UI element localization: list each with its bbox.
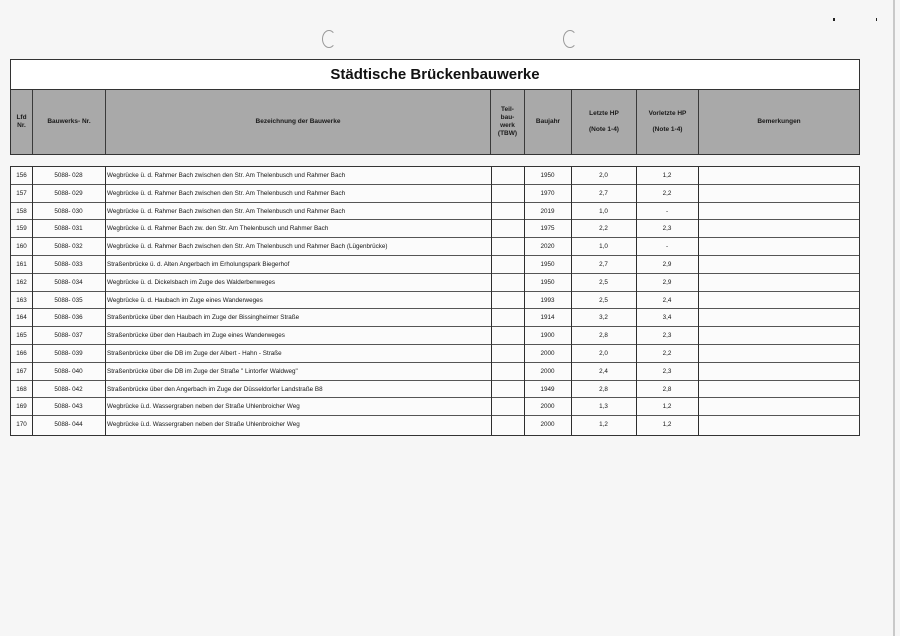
cell-baujahr: 2019 bbox=[524, 203, 571, 220]
cell-lfd-nr: 157 bbox=[11, 185, 32, 202]
column-divider bbox=[698, 167, 699, 435]
cell-bemerkungen bbox=[698, 220, 858, 237]
cell-lfd-nr: 162 bbox=[11, 274, 32, 291]
cell-baujahr: 2000 bbox=[524, 363, 571, 380]
cell-baujahr: 1900 bbox=[524, 327, 571, 344]
cell-letzte-hp: 1,0 bbox=[571, 203, 636, 220]
cell-bezeichnung: Straßenbrücke über die DB im Zuge der St… bbox=[105, 363, 491, 380]
punch-hole-mark-left bbox=[322, 30, 336, 48]
cell-bemerkungen bbox=[698, 203, 858, 220]
cell-bauwerks-nr: 5088- 032 bbox=[32, 238, 105, 255]
table-row: 1585088- 030Wegbrücke ü. d. Rahmer Bach … bbox=[11, 203, 859, 221]
table-row: 1645088- 036Straßenbrücke über den Hauba… bbox=[11, 309, 859, 327]
cell-bauwerks-nr: 5088- 033 bbox=[32, 256, 105, 273]
cell-bezeichnung: Wegbrücke ü. d. Dickelsbach im Zuge des … bbox=[105, 274, 491, 291]
cell-bauwerks-nr: 5088- 037 bbox=[32, 327, 105, 344]
cell-baujahr: 1970 bbox=[524, 185, 571, 202]
cell-bauwerks-nr: 5088- 042 bbox=[32, 381, 105, 398]
column-header-row: Lfd Nr. Bauwerks- Nr. Bezeichnung der Ba… bbox=[11, 90, 859, 154]
cell-bemerkungen bbox=[698, 416, 858, 434]
cell-baujahr: 1950 bbox=[524, 167, 571, 184]
cell-letzte-hp: 1,2 bbox=[571, 416, 636, 434]
cell-bemerkungen bbox=[698, 292, 858, 309]
cell-baujahr: 1914 bbox=[524, 309, 571, 326]
cell-bauwerks-nr: 5088- 034 bbox=[32, 274, 105, 291]
table-row: 1625088- 034Wegbrücke ü. d. Dickelsbach … bbox=[11, 274, 859, 292]
header-teilbauwerk: Teil- bau- werk (TBW) bbox=[491, 90, 525, 154]
scan-speck bbox=[833, 18, 835, 21]
cell-lfd-nr: 156 bbox=[11, 167, 32, 184]
cell-lfd-nr: 161 bbox=[11, 256, 32, 273]
cell-lfd-nr: 170 bbox=[11, 416, 32, 434]
cell-bezeichnung: Wegbrücke ü.d. Wassergraben neben der St… bbox=[105, 416, 491, 434]
cell-bemerkungen bbox=[698, 256, 858, 273]
cell-bemerkungen bbox=[698, 363, 858, 380]
cell-bezeichnung: Straßenbrücke über den Haubach im Zuge e… bbox=[105, 327, 491, 344]
cell-baujahr: 2000 bbox=[524, 416, 571, 434]
table-row: 1665088- 039Straßenbrücke über die DB im… bbox=[11, 345, 859, 363]
cell-vorletzte-hp: 2,3 bbox=[636, 220, 698, 237]
cell-letzte-hp: 2,2 bbox=[571, 220, 636, 237]
cell-bauwerks-nr: 5088- 031 bbox=[32, 220, 105, 237]
cell-bemerkungen bbox=[698, 185, 858, 202]
cell-teilbauwerk bbox=[491, 381, 524, 398]
cell-vorletzte-hp: - bbox=[636, 238, 698, 255]
table-row: 1655088- 037Straßenbrücke über den Hauba… bbox=[11, 327, 859, 345]
cell-vorletzte-hp: 2,4 bbox=[636, 292, 698, 309]
header-vorletzte-hp: Vorletzte HP (Note 1-4) bbox=[637, 90, 699, 154]
document-title: Städtische Brückenbauwerke bbox=[11, 60, 859, 90]
cell-teilbauwerk bbox=[491, 274, 524, 291]
table-row: 1565088- 028Wegbrücke ü. d. Rahmer Bach … bbox=[11, 167, 859, 185]
table-row: 1705088- 044Wegbrücke ü.d. Wassergraben … bbox=[11, 416, 859, 434]
cell-bauwerks-nr: 5088- 030 bbox=[32, 203, 105, 220]
cell-lfd-nr: 159 bbox=[11, 220, 32, 237]
cell-teilbauwerk bbox=[491, 292, 524, 309]
cell-vorletzte-hp: 2,2 bbox=[636, 185, 698, 202]
column-divider bbox=[105, 167, 106, 435]
cell-lfd-nr: 166 bbox=[11, 345, 32, 362]
table-row: 1695088- 043Wegbrücke ü.d. Wassergraben … bbox=[11, 398, 859, 416]
cell-vorletzte-hp: 2,9 bbox=[636, 256, 698, 273]
table-row: 1605088- 032Wegbrücke ü. d. Rahmer Bach … bbox=[11, 238, 859, 256]
cell-letzte-hp: 2,7 bbox=[571, 185, 636, 202]
column-divider bbox=[524, 167, 525, 435]
cell-letzte-hp: 1,0 bbox=[571, 238, 636, 255]
page-edge bbox=[893, 0, 895, 636]
cell-bauwerks-nr: 5088- 028 bbox=[32, 167, 105, 184]
cell-letzte-hp: 2,8 bbox=[571, 327, 636, 344]
cell-bemerkungen bbox=[698, 381, 858, 398]
cell-bauwerks-nr: 5088- 029 bbox=[32, 185, 105, 202]
header-bemerkungen: Bemerkungen bbox=[699, 90, 859, 154]
table-row: 1635088- 035Wegbrücke ü. d. Haubach im Z… bbox=[11, 292, 859, 310]
header-lfd-nr: Lfd Nr. bbox=[11, 90, 33, 154]
cell-bezeichnung: Wegbrücke ü.d. Wassergraben neben der St… bbox=[105, 398, 491, 415]
table-row: 1615088- 033Straßenbrücke ü. d. Alten An… bbox=[11, 256, 859, 274]
cell-vorletzte-hp: 1,2 bbox=[636, 416, 698, 434]
column-divider bbox=[571, 167, 572, 435]
cell-bemerkungen bbox=[698, 398, 858, 415]
cell-letzte-hp: 2,8 bbox=[571, 381, 636, 398]
cell-bezeichnung: Straßenbrücke über den Haubach im Zuge d… bbox=[105, 309, 491, 326]
cell-bauwerks-nr: 5088- 044 bbox=[32, 416, 105, 434]
cell-bemerkungen bbox=[698, 167, 858, 184]
cell-vorletzte-hp: 2,3 bbox=[636, 327, 698, 344]
cell-vorletzte-hp: 3,4 bbox=[636, 309, 698, 326]
cell-baujahr: 2000 bbox=[524, 398, 571, 415]
cell-teilbauwerk bbox=[491, 167, 524, 184]
cell-bezeichnung: Straßenbrücke über den Angerbach im Zuge… bbox=[105, 381, 491, 398]
cell-baujahr: 2020 bbox=[524, 238, 571, 255]
cell-baujahr: 2000 bbox=[524, 345, 571, 362]
cell-teilbauwerk bbox=[491, 416, 524, 434]
cell-lfd-nr: 158 bbox=[11, 203, 32, 220]
cell-vorletzte-hp: - bbox=[636, 203, 698, 220]
cell-letzte-hp: 2,5 bbox=[571, 292, 636, 309]
column-divider bbox=[636, 167, 637, 435]
table-header-block: Städtische Brückenbauwerke Lfd Nr. Bauwe… bbox=[10, 59, 860, 155]
cell-baujahr: 1950 bbox=[524, 274, 571, 291]
table-row: 1675088- 040Straßenbrücke über die DB im… bbox=[11, 363, 859, 381]
cell-lfd-nr: 169 bbox=[11, 398, 32, 415]
cell-lfd-nr: 164 bbox=[11, 309, 32, 326]
table-row: 1595088- 031Wegbrücke ü. d. Rahmer Bach … bbox=[11, 220, 859, 238]
cell-letzte-hp: 2,4 bbox=[571, 363, 636, 380]
cell-vorletzte-hp: 1,2 bbox=[636, 398, 698, 415]
cell-bezeichnung: Straßenbrücke über die DB im Zuge der Al… bbox=[105, 345, 491, 362]
cell-bauwerks-nr: 5088- 040 bbox=[32, 363, 105, 380]
cell-lfd-nr: 165 bbox=[11, 327, 32, 344]
cell-teilbauwerk bbox=[491, 327, 524, 344]
cell-bezeichnung: Wegbrücke ü. d. Rahmer Bach zwischen den… bbox=[105, 185, 491, 202]
header-bezeichnung: Bezeichnung der Bauwerke bbox=[106, 90, 491, 154]
cell-teilbauwerk bbox=[491, 398, 524, 415]
cell-teilbauwerk bbox=[491, 309, 524, 326]
cell-bezeichnung: Wegbrücke ü. d. Rahmer Bach zw. den Str.… bbox=[105, 220, 491, 237]
cell-letzte-hp: 2,7 bbox=[571, 256, 636, 273]
cell-bezeichnung: Wegbrücke ü. d. Rahmer Bach zwischen den… bbox=[105, 238, 491, 255]
cell-teilbauwerk bbox=[491, 238, 524, 255]
table-row: 1685088- 042Straßenbrücke über den Anger… bbox=[11, 381, 859, 399]
cell-baujahr: 1993 bbox=[524, 292, 571, 309]
cell-letzte-hp: 1,3 bbox=[571, 398, 636, 415]
cell-bauwerks-nr: 5088- 039 bbox=[32, 345, 105, 362]
cell-teilbauwerk bbox=[491, 345, 524, 362]
cell-baujahr: 1949 bbox=[524, 381, 571, 398]
cell-bauwerks-nr: 5088- 036 bbox=[32, 309, 105, 326]
header-bauwerks-nr: Bauwerks- Nr. bbox=[33, 90, 106, 154]
punch-hole-mark-right bbox=[563, 30, 577, 48]
scan-speck bbox=[876, 18, 877, 21]
cell-baujahr: 1950 bbox=[524, 256, 571, 273]
cell-lfd-nr: 163 bbox=[11, 292, 32, 309]
bridge-table: 1705088- 044Wegbrücke ü.d. Wassergraben … bbox=[10, 166, 860, 436]
cell-letzte-hp: 2,5 bbox=[571, 274, 636, 291]
cell-baujahr: 1975 bbox=[524, 220, 571, 237]
cell-letzte-hp: 2,0 bbox=[571, 167, 636, 184]
cell-bauwerks-nr: 5088- 043 bbox=[32, 398, 105, 415]
cell-bezeichnung: Wegbrücke ü. d. Rahmer Bach zwischen den… bbox=[105, 167, 491, 184]
header-baujahr: Baujahr bbox=[525, 90, 572, 154]
cell-vorletzte-hp: 2,9 bbox=[636, 274, 698, 291]
cell-bezeichnung: Wegbrücke ü. d. Rahmer Bach zwischen den… bbox=[105, 203, 491, 220]
cell-teilbauwerk bbox=[491, 220, 524, 237]
cell-teilbauwerk bbox=[491, 363, 524, 380]
cell-lfd-nr: 168 bbox=[11, 381, 32, 398]
cell-bemerkungen bbox=[698, 327, 858, 344]
table-row: 1575088- 029Wegbrücke ü. d. Rahmer Bach … bbox=[11, 185, 859, 203]
cell-teilbauwerk bbox=[491, 256, 524, 273]
cell-bemerkungen bbox=[698, 274, 858, 291]
cell-bezeichnung: Wegbrücke ü. d. Haubach im Zuge eines Wa… bbox=[105, 292, 491, 309]
header-letzte-hp: Letzte HP (Note 1-4) bbox=[572, 90, 637, 154]
cell-lfd-nr: 160 bbox=[11, 238, 32, 255]
cell-bezeichnung: Straßenbrücke ü. d. Alten Angerbach im E… bbox=[105, 256, 491, 273]
cell-teilbauwerk bbox=[491, 203, 524, 220]
cell-teilbauwerk bbox=[491, 185, 524, 202]
cell-lfd-nr: 167 bbox=[11, 363, 32, 380]
cell-bemerkungen bbox=[698, 345, 858, 362]
cell-vorletzte-hp: 2,3 bbox=[636, 363, 698, 380]
cell-vorletzte-hp: 1,2 bbox=[636, 167, 698, 184]
cell-bemerkungen bbox=[698, 238, 858, 255]
cell-letzte-hp: 2,0 bbox=[571, 345, 636, 362]
column-divider bbox=[491, 167, 492, 435]
cell-vorletzte-hp: 2,8 bbox=[636, 381, 698, 398]
cell-vorletzte-hp: 2,2 bbox=[636, 345, 698, 362]
column-divider bbox=[32, 167, 33, 435]
cell-letzte-hp: 3,2 bbox=[571, 309, 636, 326]
cell-bemerkungen bbox=[698, 309, 858, 326]
cell-bauwerks-nr: 5088- 035 bbox=[32, 292, 105, 309]
